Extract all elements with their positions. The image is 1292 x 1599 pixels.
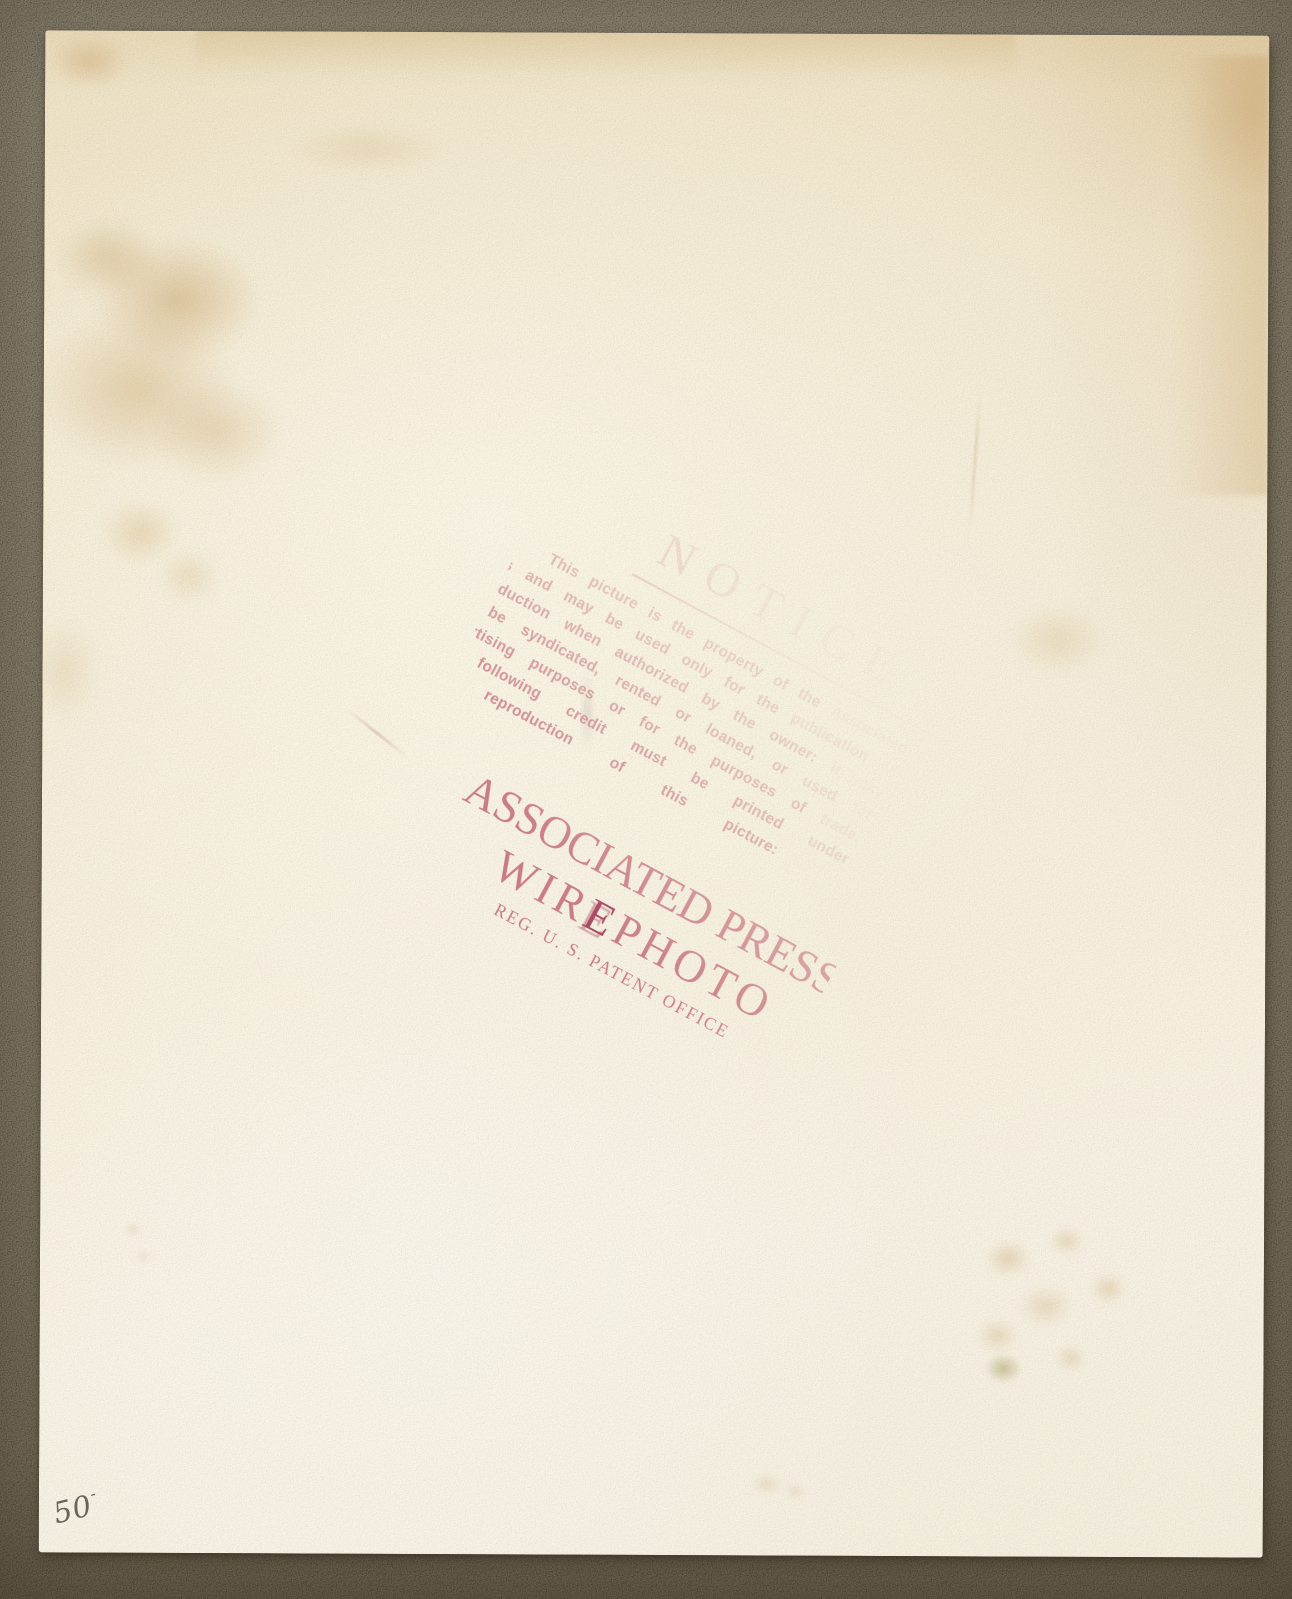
stain-top-edge-band bbox=[195, 30, 1015, 86]
stain-left-middle bbox=[91, 489, 232, 615]
stain-right-middle bbox=[997, 589, 1117, 690]
stain-left-lower bbox=[39, 605, 113, 735]
stamp-word: not bbox=[445, 580, 479, 614]
stain-top-left-corner bbox=[53, 34, 143, 94]
pencil-note: 50- bbox=[49, 1484, 103, 1531]
stain-bottom-center bbox=[739, 1463, 819, 1509]
stain-olive-spot bbox=[980, 1349, 1026, 1387]
stamp-word: Press bbox=[468, 536, 518, 579]
photo-back-paper: NOTICE ThispictureisthepropertyoftheAsso… bbox=[39, 30, 1270, 1557]
ap-wirephoto-stamp: NOTICE ThispictureisthepropertyoftheAsso… bbox=[358, 473, 980, 1074]
stamp-word: of bbox=[604, 751, 629, 780]
pencil-note-number: 50 bbox=[50, 1488, 96, 1530]
stain-large-left bbox=[39, 215, 289, 516]
stain-bottom-right-cluster bbox=[944, 1209, 1155, 1385]
paper-scratch bbox=[346, 708, 409, 759]
stamp-word: The bbox=[421, 624, 458, 659]
stain-top-blob bbox=[281, 117, 471, 180]
stain-right-edge-wash bbox=[1147, 55, 1269, 496]
stamp-word: each bbox=[409, 646, 453, 685]
paper-crease bbox=[968, 394, 981, 529]
stain-left-speckles bbox=[110, 1206, 166, 1284]
